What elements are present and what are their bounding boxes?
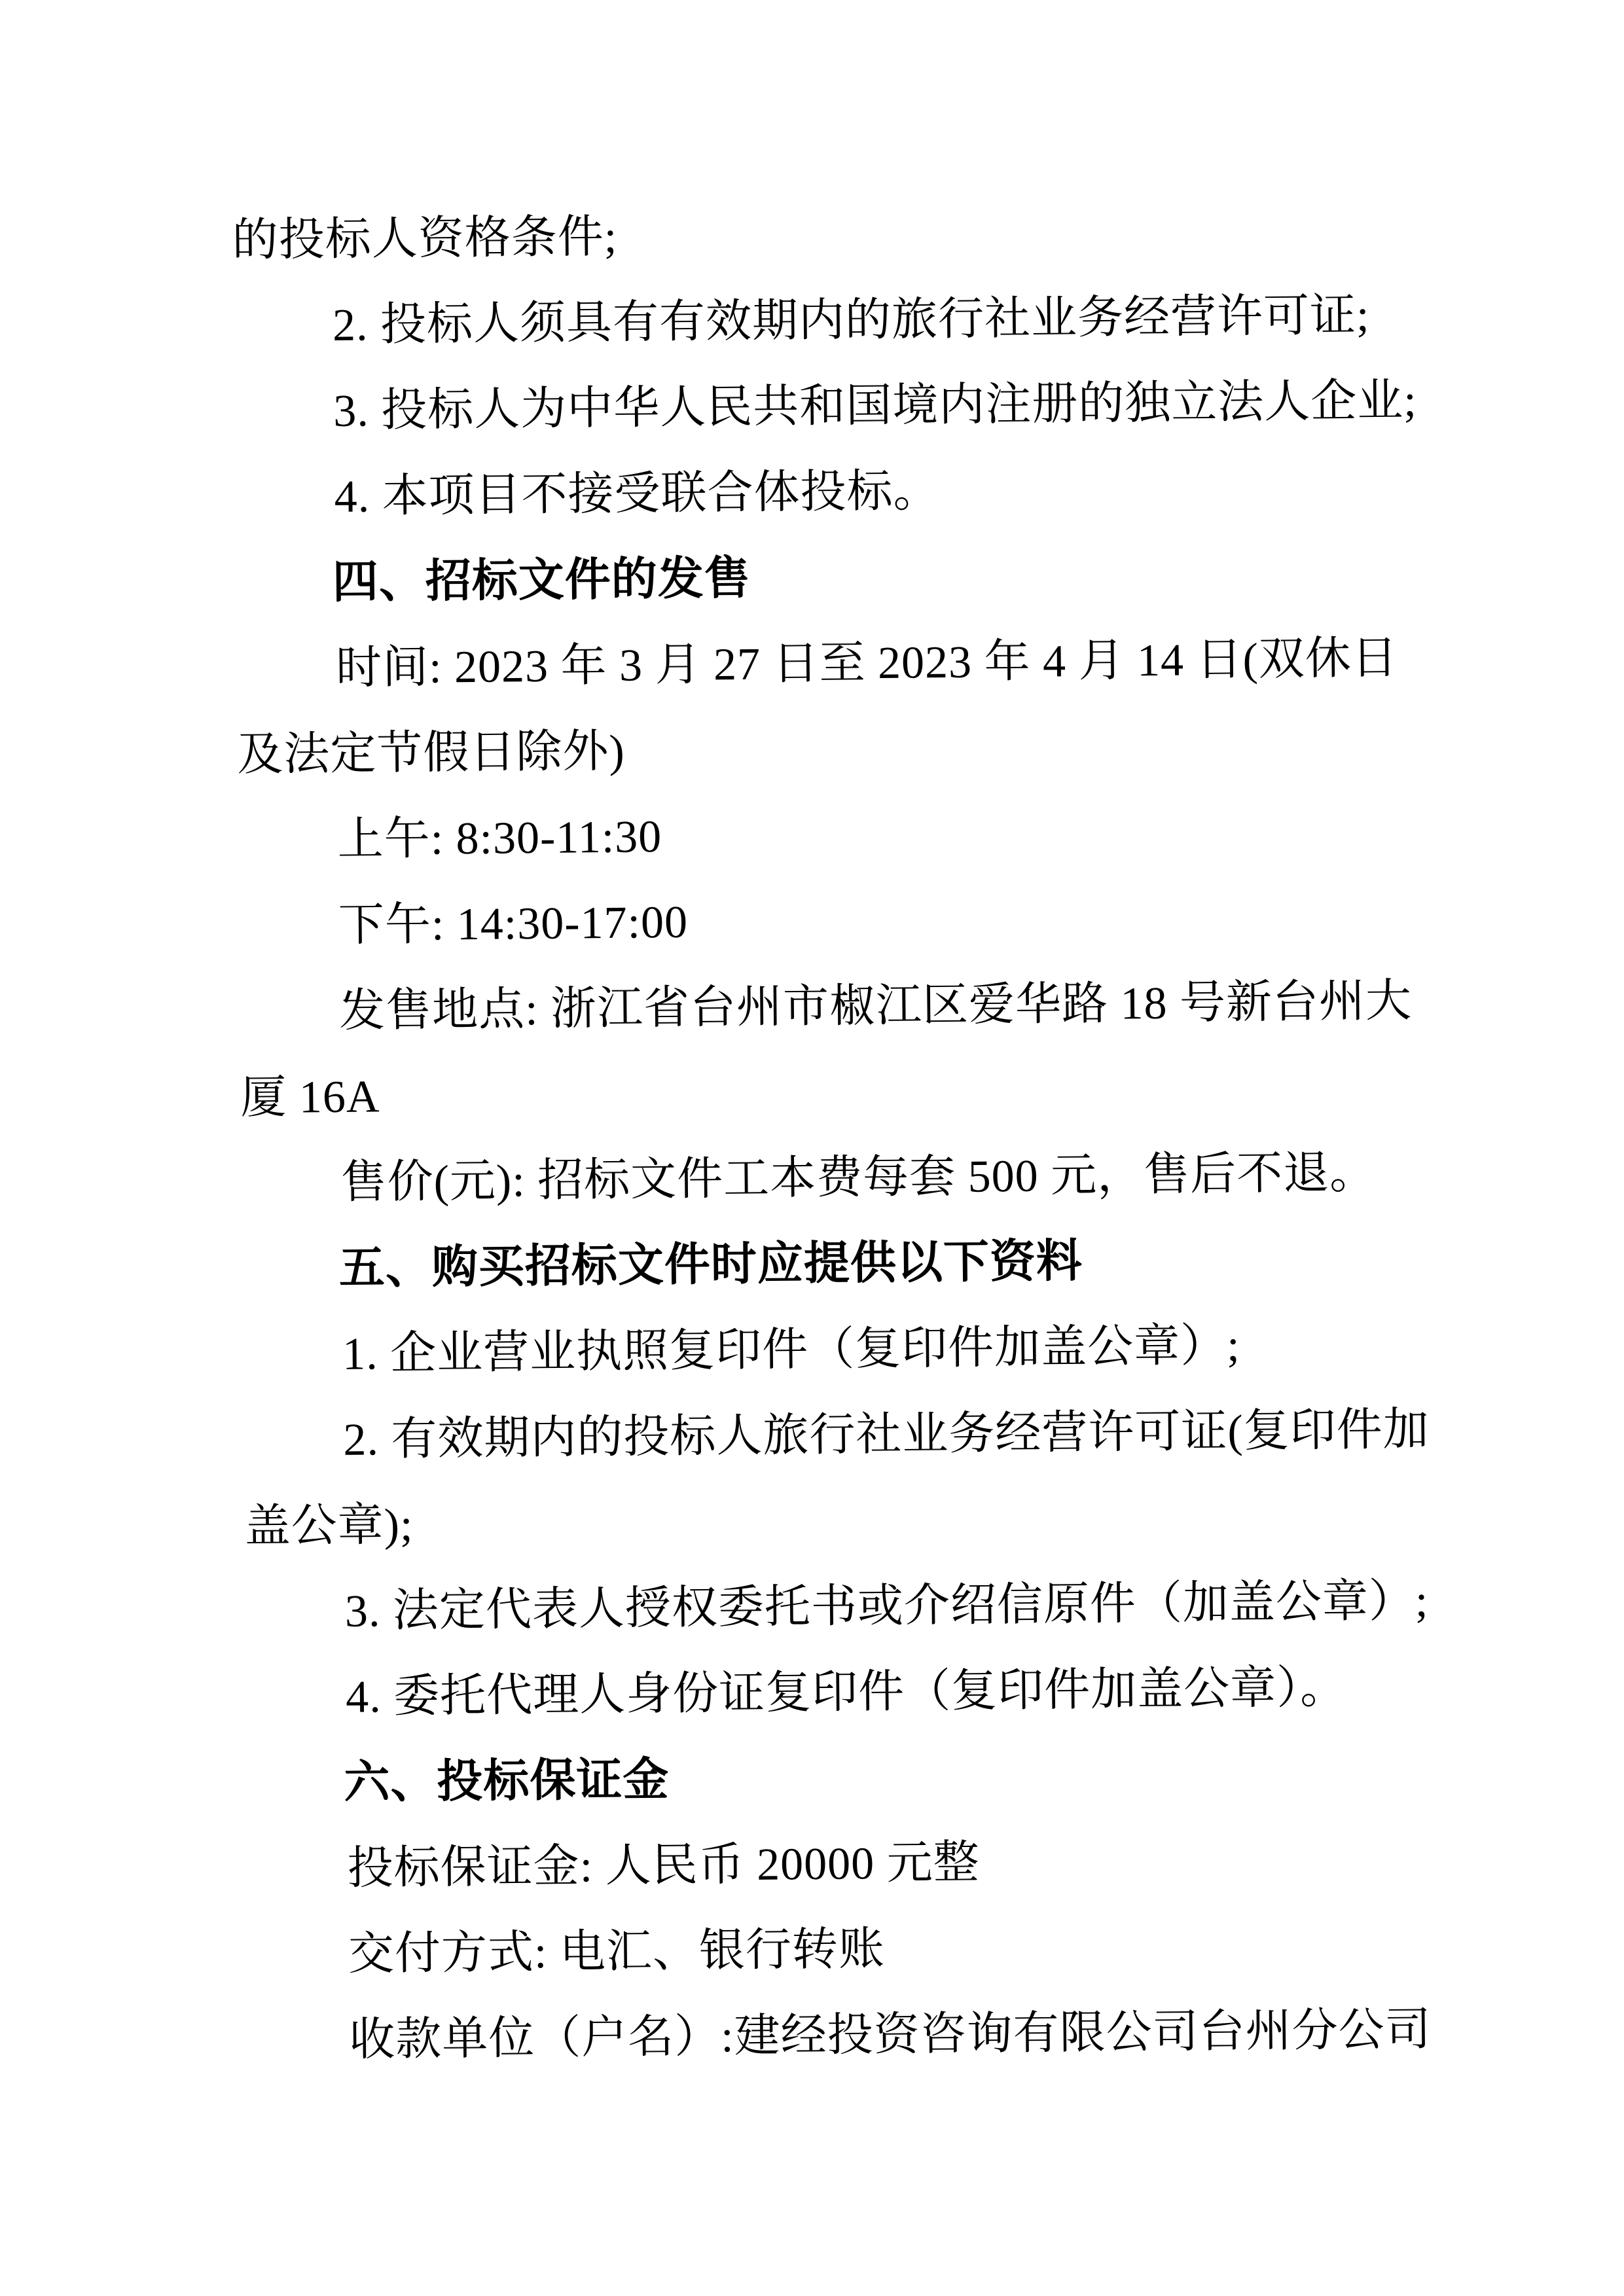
numbered-item: 2. 投标人须具有有效期内的旅行社业务经营许可证; (0, 270, 1617, 372)
section-heading: 六、投标保证金 (6, 1728, 1624, 1829)
numbered-item: 4. 本项目不接受联合体投标。 (0, 442, 1618, 543)
text-line: 收款单位（户名）:建经投资咨询有限公司台州分公司 (9, 1985, 1624, 2087)
text-line: 及法定节假日除外) (0, 699, 1621, 800)
document-page: 的投标人资格条件; 2. 投标人须具有有效期内的旅行社业务经营许可证; 3. 投… (0, 0, 1624, 2296)
document-text-block: 的投标人资格条件; 2. 投标人须具有有效期内的旅行社业务经营许可证; 3. 投… (0, 185, 1624, 2087)
numbered-item: 2. 有效期内的投标人旅行社业务经营许可证(复印件加 (3, 1385, 1624, 1486)
numbered-item: 3. 投标人为中华人民共和国境内注册的独立法人企业; (0, 356, 1617, 457)
text-line: 交付方式: 电汇、银行转账 (7, 1899, 1624, 2001)
text-line: 下午: 14:30-17:00 (0, 870, 1622, 972)
text-line: 发售地点: 浙江省台州市椒江区爱华路 18 号新台州大 (0, 956, 1623, 1058)
numbered-item: 1. 企业营业执照复印件（复印件加盖公章）; (2, 1299, 1624, 1401)
text-line: 的投标人资格条件; (0, 185, 1615, 286)
text-line: 投标保证金: 人民币 20000 元整 (7, 1814, 1624, 1915)
text-line: 盖公章); (3, 1471, 1624, 1572)
text-line: 上午: 8:30-11:30 (0, 785, 1621, 886)
section-heading: 五、购买招标文件时应提供以下资料 (1, 1213, 1624, 1315)
numbered-item: 3. 法定代表人授权委托书或介绍信原件（加盖公章）; (4, 1556, 1624, 1658)
numbered-item: 4. 委托代理人身份证复印件（复印件加盖公章）。 (5, 1642, 1624, 1744)
text-line: 厦 16A (0, 1042, 1624, 1143)
text-line: 时间: 2023 年 3 月 27 日至 2023 年 4 月 14 日(双休日 (0, 613, 1620, 715)
section-heading: 四、招标文件的发售 (0, 528, 1619, 629)
text-line: 售价(元): 招标文件工本费每套 500 元，售后不退。 (0, 1128, 1624, 1229)
